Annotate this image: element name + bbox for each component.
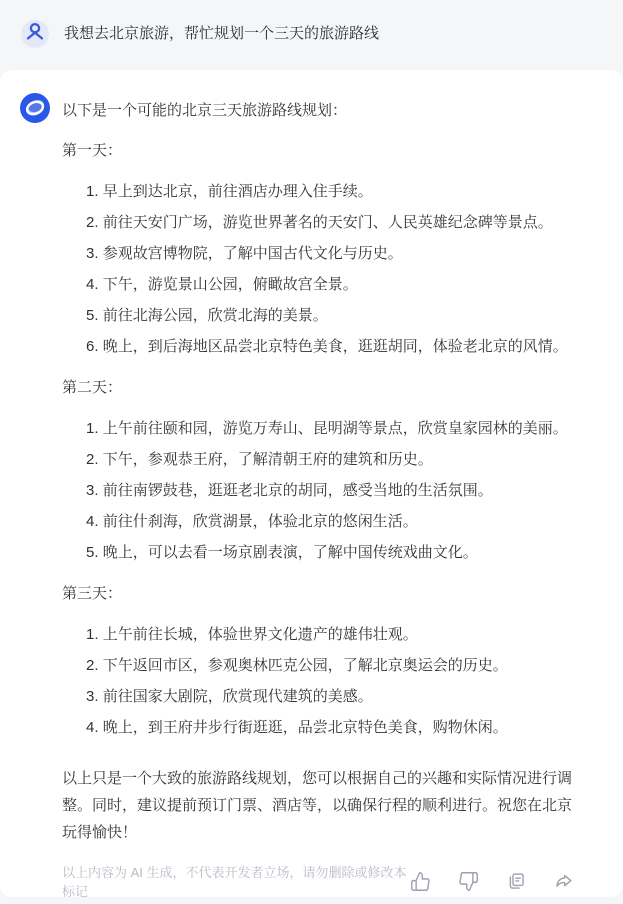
itinerary-item: 晚上，到王府井步行街逛逛，品尝北京特色美食，购物休闲。 bbox=[86, 712, 575, 743]
itinerary-item: 上午前往长城，体验世界文化遗产的雄伟壮观。 bbox=[86, 619, 575, 650]
share-icon bbox=[554, 871, 575, 892]
ai-disclaimer: 以上内容为 AI 生成，不代表开发者立场，请勿删除或修改本标记 bbox=[62, 862, 409, 897]
closing-paragraph: 以上只是一个大致的旅游路线规划，您可以根据自己的兴趣和实际情况进行调整。同时，建… bbox=[62, 765, 575, 846]
itinerary-item: 前往国家大剧院，欣赏现代建筑的美感。 bbox=[86, 681, 575, 712]
thumbs-down-icon bbox=[458, 871, 479, 892]
thumbs-up-button[interactable] bbox=[409, 870, 431, 892]
chat-page: 我想去北京旅游，帮忙规划一个三天的旅游路线 以下是一个可能的北京三天旅游路线规划… bbox=[0, 0, 623, 904]
itinerary-item: 下午，参观恭王府，了解清朝王府的建筑和历史。 bbox=[86, 444, 575, 475]
assistant-message-card: 以下是一个可能的北京三天旅游路线规划： 第一天： 早上到达北京，前往酒店办理入住… bbox=[0, 70, 623, 897]
day-1-list: 早上到达北京，前往酒店办理入住手续。 前往天安门广场，游览世界著名的天安门、人民… bbox=[62, 176, 575, 362]
itinerary-item: 前往什刹海，欣赏湖景，体验北京的悠闲生活。 bbox=[86, 506, 575, 537]
thumbs-up-icon bbox=[410, 871, 431, 892]
day-2-title: 第二天： bbox=[62, 378, 575, 398]
itinerary-item: 上午前往颐和园，游览万寿山、昆明湖等景点，欣赏皇家园林的美丽。 bbox=[86, 413, 575, 444]
thumbs-down-button[interactable] bbox=[457, 870, 479, 892]
copy-icon bbox=[506, 871, 527, 892]
itinerary-item: 前往天安门广场，游览世界著名的天安门、人民英雄纪念碑等景点。 bbox=[86, 207, 575, 238]
day-2-list: 上午前往颐和园，游览万寿山、昆明湖等景点，欣赏皇家园林的美丽。 下午，参观恭王府… bbox=[62, 413, 575, 568]
itinerary-item: 参观故宫博物院，了解中国古代文化与历史。 bbox=[86, 238, 575, 269]
copy-button[interactable] bbox=[505, 870, 527, 892]
assistant-message-content: 以下是一个可能的北京三天旅游路线规划： 第一天： 早上到达北京，前往酒店办理入住… bbox=[0, 70, 623, 897]
message-footer: 以上内容为 AI 生成，不代表开发者立场，请勿删除或修改本标记 bbox=[62, 862, 575, 897]
user-icon bbox=[21, 18, 49, 51]
itinerary-item: 前往北海公园，欣赏北海的美景。 bbox=[86, 300, 575, 331]
share-button[interactable] bbox=[553, 870, 575, 892]
itinerary-item: 晚上，可以去看一场京剧表演，了解中国传统戏曲文化。 bbox=[86, 537, 575, 568]
assistant-avatar bbox=[20, 93, 50, 123]
itinerary-item: 下午返回市区，参观奥林匹克公园，了解北京奥运会的历史。 bbox=[86, 650, 575, 681]
user-message-row: 我想去北京旅游，帮忙规划一个三天的旅游路线 bbox=[0, 0, 623, 48]
day-3-title: 第三天： bbox=[62, 584, 575, 604]
itinerary-item: 下午，游览景山公园，俯瞰故宫全景。 bbox=[86, 269, 575, 300]
user-avatar bbox=[21, 20, 49, 48]
assistant-intro: 以下是一个可能的北京三天旅游路线规划： bbox=[62, 101, 575, 121]
ai-logo-swirl-icon bbox=[20, 110, 50, 127]
itinerary-item: 晚上，到后海地区品尝北京特色美食，逛逛胡同，体验老北京的风情。 bbox=[86, 331, 575, 362]
itinerary-item: 前往南锣鼓巷，逛逛老北京的胡同，感受当地的生活氛围。 bbox=[86, 475, 575, 506]
day-1-title: 第一天： bbox=[62, 141, 575, 161]
message-actions bbox=[409, 870, 575, 892]
user-message-text: 我想去北京旅游，帮忙规划一个三天的旅游路线 bbox=[64, 20, 379, 48]
itinerary-item: 早上到达北京，前往酒店办理入住手续。 bbox=[86, 176, 575, 207]
day-3-list: 上午前往长城，体验世界文化遗产的雄伟壮观。 下午返回市区，参观奥林匹克公园，了解… bbox=[62, 619, 575, 743]
